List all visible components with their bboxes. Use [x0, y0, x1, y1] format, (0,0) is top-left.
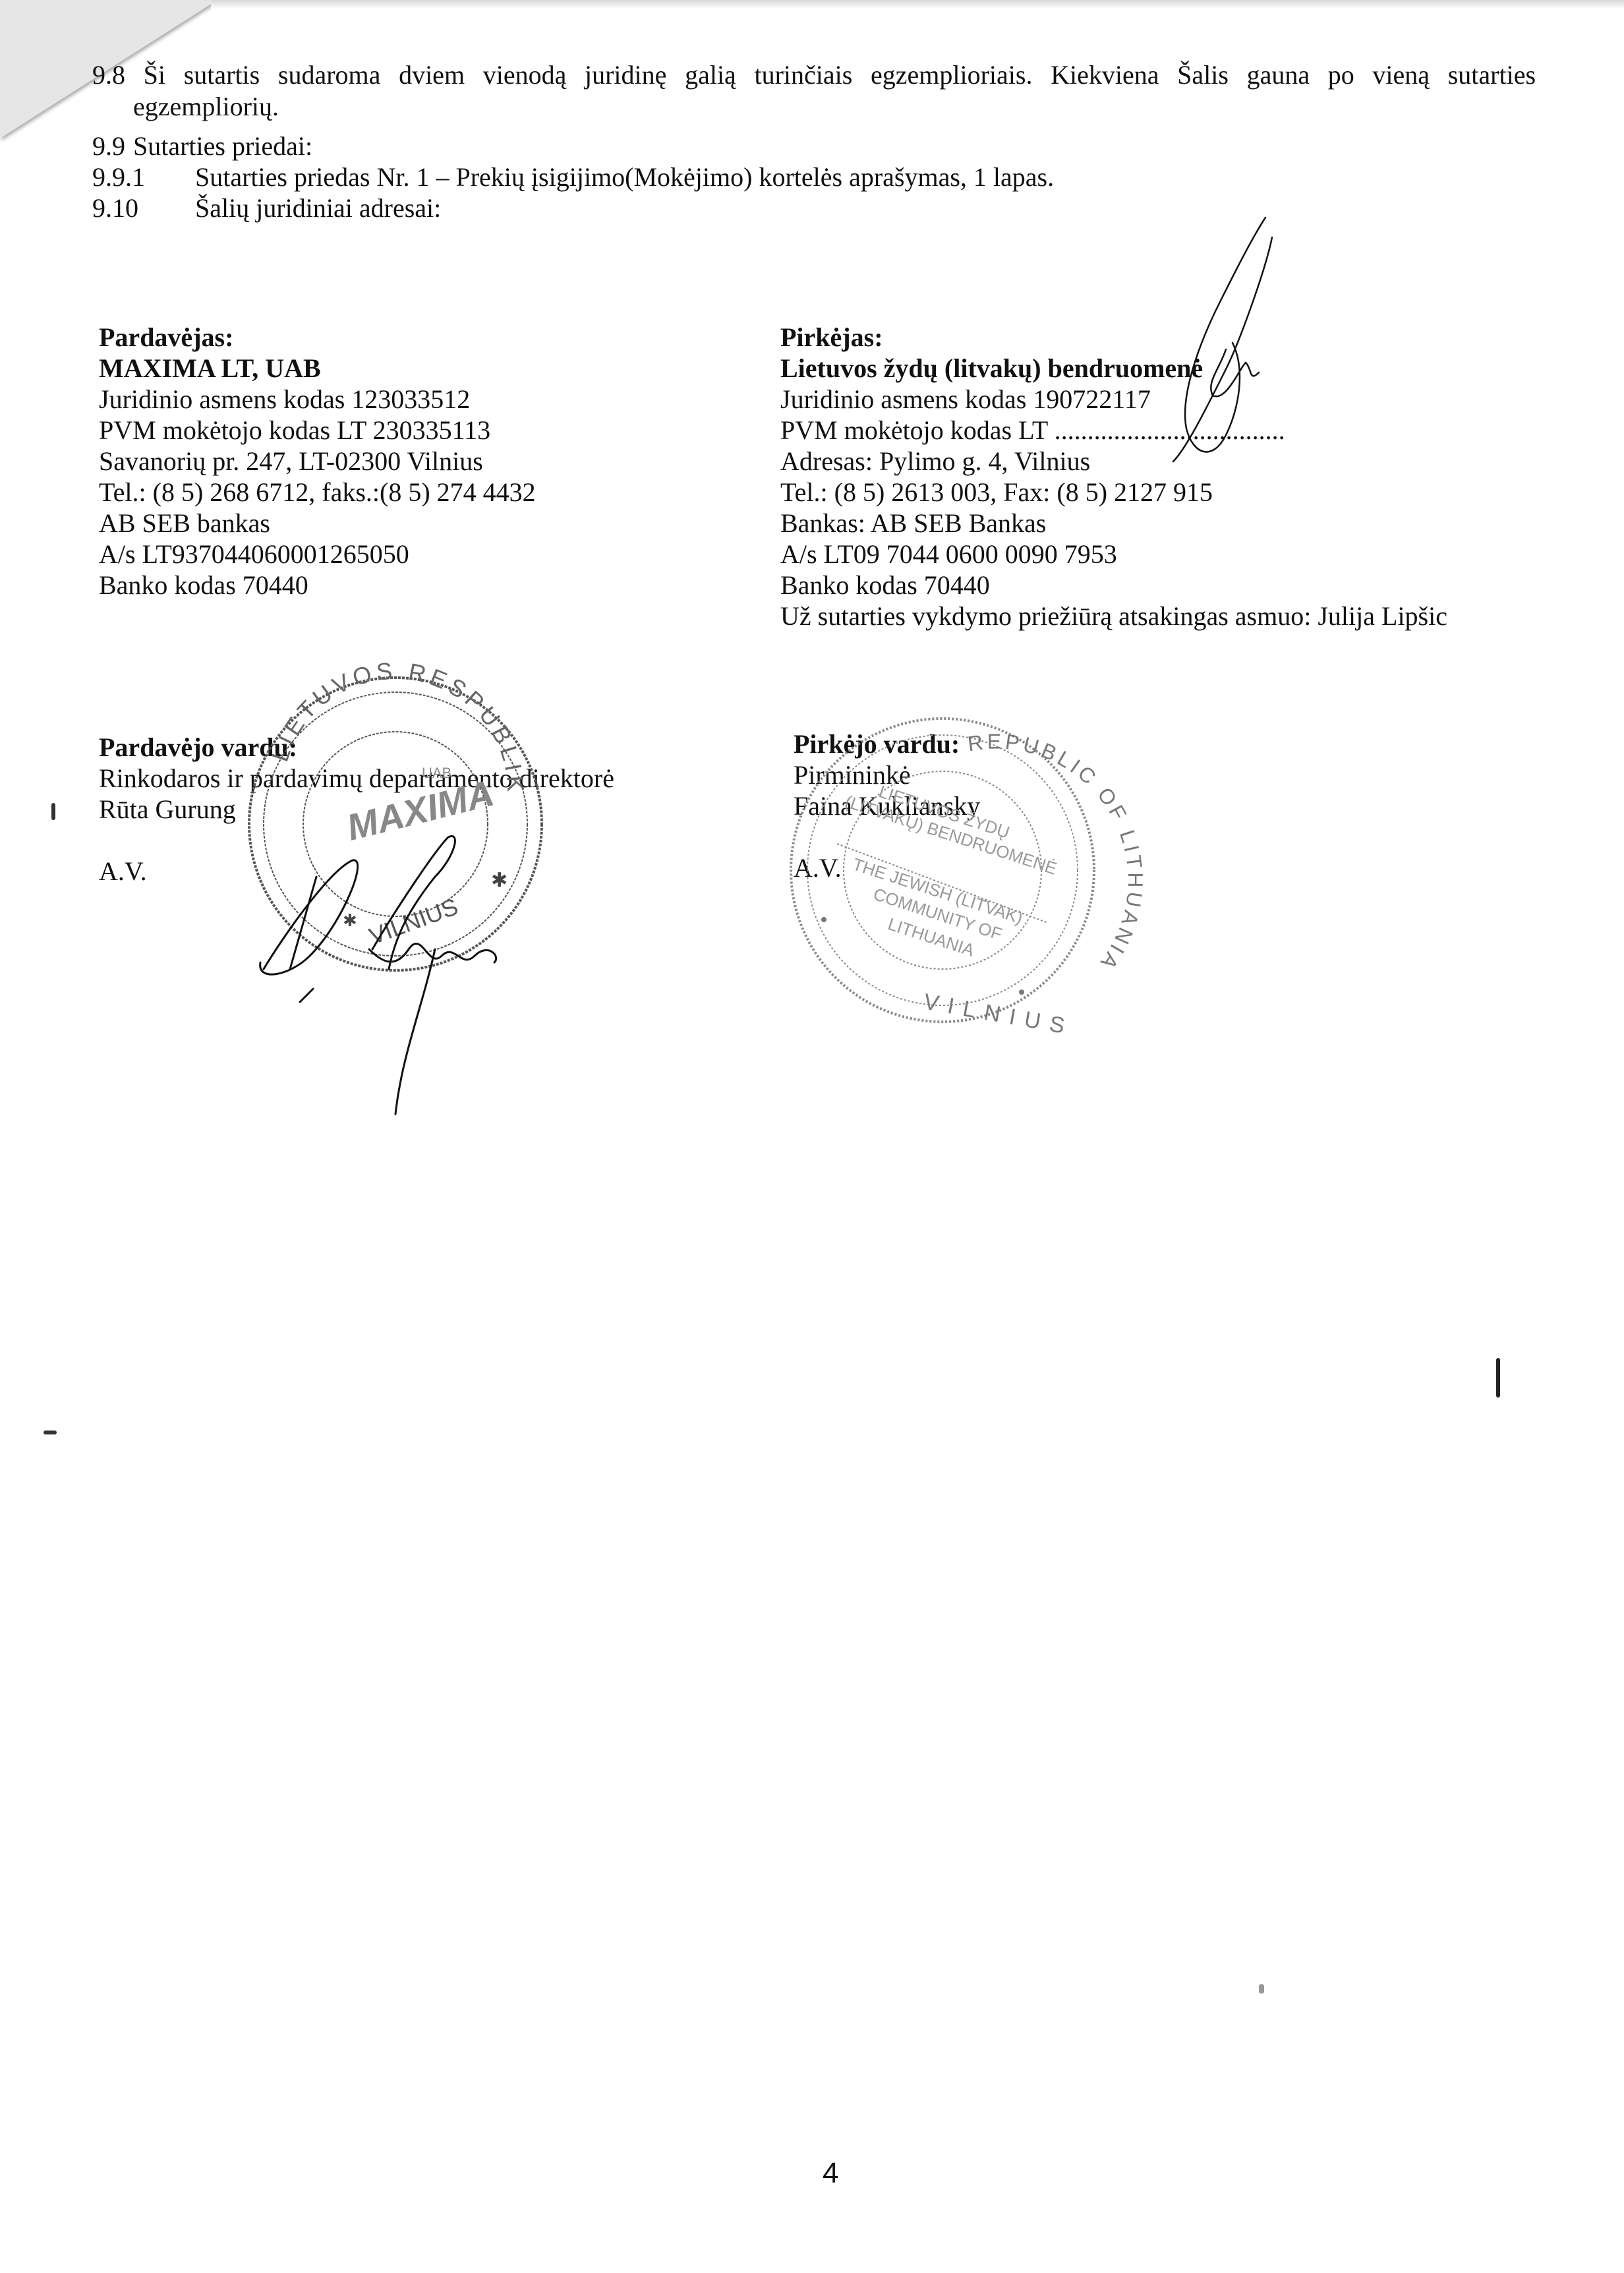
svg-text:VILNIUS: VILNIUS [366, 893, 462, 949]
buyer-phone-fax: Tel.: (8 5) 2613 003, Fax: (8 5) 2127 91… [780, 477, 1447, 508]
svg-text:COMMUNITY OF: COMMUNITY OF [871, 884, 1005, 944]
buyer-signatory-position: Pirmininkė [794, 759, 980, 790]
svg-text:VILNIUS: VILNIUS [922, 989, 1076, 1040]
clause-9-8: 9.8 Ši sutartis sudaroma dviem vienodą j… [92, 59, 1536, 123]
clause-number: 9.10 [92, 192, 195, 223]
seller-signatory-position: Rinkodaros ir pardavimų departamento dir… [99, 763, 614, 794]
seller-name: MAXIMA LT, UAB [99, 353, 536, 384]
clause-text: Ši sutartis sudaroma dviem vienodą jurid… [144, 60, 1536, 90]
seller-heading: Pardavėjas: [99, 322, 536, 353]
seller-address: Savanorių pr. 247, LT-02300 Vilnius [99, 446, 536, 477]
buyer-bank: Bankas: AB SEB Bankas [780, 508, 1447, 539]
seller-stamp-label: A.V. [99, 856, 614, 887]
svg-text:REPUBLIC OF LITHUANIA: REPUBLIC OF LITHUANIA [966, 730, 1147, 976]
seller-bank-code: Banko kodas 70440 [99, 570, 536, 601]
scan-artifact-left-upper [51, 803, 55, 820]
page-number: 4 [823, 2157, 838, 2190]
clause-number: 9.9.1 [92, 162, 195, 192]
seller-account: A/s LT937044060001265050 [99, 539, 536, 570]
clause-text: Sutarties priedas Nr. 1 – Prekių įsigiji… [195, 162, 1054, 192]
seller-bank: AB SEB bankas [99, 508, 536, 539]
buyer-stamp-label: A.V. [794, 852, 980, 883]
buyer-company-code: Juridinio asmens kodas 190722117 [780, 384, 1447, 415]
clause-text: Šalių juridiniai adresai: [195, 193, 441, 223]
buyer-bank-code: Banko kodas 70440 [780, 570, 1447, 601]
buyer-heading: Pirkėjas: [780, 322, 1447, 353]
clause-number: 9.9 [92, 131, 133, 162]
buyer-responsible-person: Už sutarties vykdymo priežiūrą atsakinga… [780, 601, 1447, 632]
buyer-details: Pirkėjas: Lietuvos žydų (litvakų) bendru… [780, 322, 1447, 632]
seller-vat-code: PVM mokėtojo kodas LT 230335113 [99, 415, 536, 446]
clause-text: Sutarties priedai: [133, 131, 312, 161]
buyer-account: A/s LT09 7044 0600 0090 7953 [780, 539, 1447, 570]
clause-9-9: 9.9Sutarties priedai: [92, 131, 312, 162]
clause-number: 9.8 [92, 59, 125, 91]
clause-9-9-1: 9.9.1Sutarties priedas Nr. 1 – Prekių įs… [92, 162, 1054, 192]
clause-9-10: 9.10Šalių juridiniai adresai: [92, 192, 441, 223]
buyer-address: Adresas: Pylimo g. 4, Vilnius [780, 446, 1447, 477]
clause-text-continued: egzempliorių. [92, 91, 1536, 123]
buyer-signature-heading: Pirkėjo vardu: [794, 728, 980, 759]
scan-artifact-speck [1259, 1984, 1264, 1993]
scan-artifact-right [1496, 1358, 1500, 1398]
svg-text:✱: ✱ [343, 911, 357, 931]
seller-signatory-name: Rūta Gurung [99, 794, 614, 825]
scan-artifact-left-lower [43, 1431, 57, 1434]
buyer-signatory-name: Faina Kukliansky [794, 790, 980, 821]
buyer-vat-code: PVM mokėtojo kodas LT ..................… [780, 415, 1447, 446]
seller-company-code: Juridinio asmens kodas 123033512 [99, 384, 536, 415]
seller-phone-fax: Tel.: (8 5) 268 6712, faks.:(8 5) 274 44… [99, 477, 536, 508]
seller-signature-block: Pardavėjo vardu: Rinkodaros ir pardavimų… [99, 732, 614, 887]
seller-details: Pardavėjas: MAXIMA LT, UAB Juridinio asm… [99, 322, 536, 601]
seller-signature-heading: Pardavėjo vardu: [99, 732, 614, 763]
scan-edge-shadow [211, 0, 1624, 9]
buyer-signature-block: Pirkėjo vardu: Pirmininkė Faina Kuklians… [794, 728, 980, 883]
buyer-name: Lietuvos žydų (litvakų) bendruomenė [780, 353, 1447, 384]
svg-text:LITHUANIA: LITHUANIA [886, 914, 977, 960]
